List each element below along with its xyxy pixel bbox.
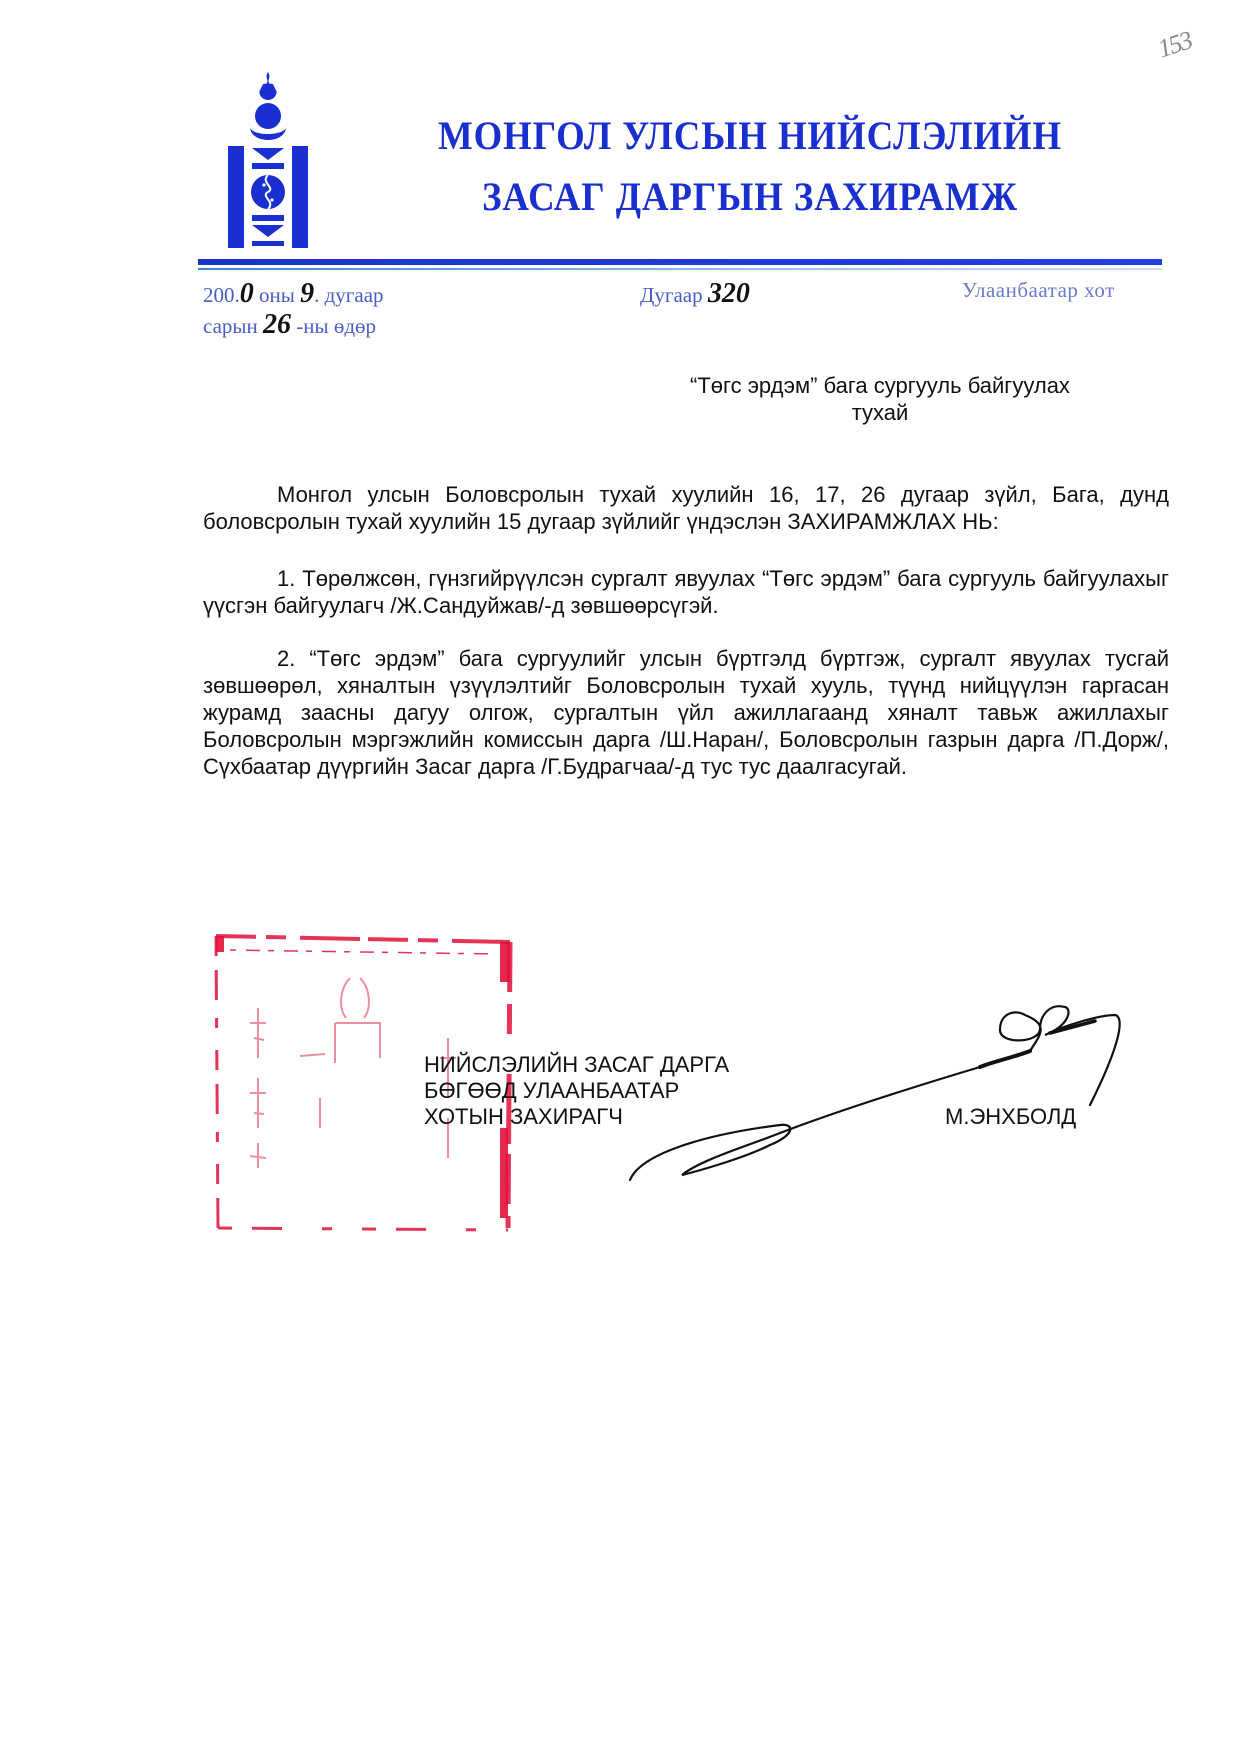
document-title-line1: МОНГОЛ УЛСЫН НИЙСЛЭЛИЙН bbox=[373, 112, 1127, 159]
number-handwritten: 320 bbox=[708, 278, 750, 309]
header-divider-thin bbox=[198, 268, 1162, 270]
document-title-line2: ЗАСАГ ДАРГЫН ЗАХИРАМЖ bbox=[373, 173, 1127, 220]
header-divider-thick bbox=[198, 259, 1162, 265]
date-month-handwritten: 9 bbox=[300, 278, 314, 309]
soyombo-emblem-icon bbox=[226, 70, 310, 250]
date-line2-prefix: сарын bbox=[203, 314, 263, 338]
date-month-suffix: . дугаар bbox=[314, 283, 383, 307]
intro-paragraph: Монгол улсын Боловсролын тухай хуулийн 1… bbox=[203, 481, 1169, 535]
item-text: 1. Төрөлжсөн, гүнзгийрүүлсэн сургалт яву… bbox=[203, 566, 1169, 618]
subject-line2: тухай bbox=[640, 399, 1120, 426]
city: Улаанбаатар хот bbox=[962, 278, 1115, 303]
page-number-scribble: 153 bbox=[1154, 26, 1195, 65]
signatory-name: М.ЭНХБОЛД bbox=[945, 1104, 1076, 1130]
date-line2-suffix: -ны өдөр bbox=[291, 314, 376, 338]
number-label: Дугаар bbox=[640, 283, 708, 307]
intro-text: Монгол улсын Боловсролын тухай хуулийн 1… bbox=[203, 482, 1169, 534]
date-prefix: 200. bbox=[203, 283, 240, 307]
subject: “Төгс эрдэм” бага сургууль байгуулах тух… bbox=[640, 372, 1120, 426]
item-paragraph: 1. Төрөлжсөн, гүнзгийрүүлсэн сургалт яву… bbox=[203, 565, 1169, 619]
handwritten-signature bbox=[620, 985, 1190, 1195]
date-line2: сарын 26 -ны өдөр bbox=[203, 309, 376, 341]
decree-number: Дугаар 320 bbox=[640, 278, 750, 310]
date-line1: 200.0 оны 9. дугаар bbox=[203, 278, 384, 310]
date-day-handwritten: 26 bbox=[263, 309, 291, 340]
date-year-suffix: оны bbox=[254, 283, 300, 307]
item-paragraph: 2. “Төгс эрдэм” бага сургуулийг улсын бү… bbox=[203, 645, 1169, 780]
subject-line1: “Төгс эрдэм” бага сургууль байгуулах bbox=[640, 372, 1120, 399]
date-year-handwritten: 0 bbox=[240, 278, 254, 309]
item-text: 2. “Төгс эрдэм” бага сургуулийг улсын бү… bbox=[203, 646, 1169, 779]
